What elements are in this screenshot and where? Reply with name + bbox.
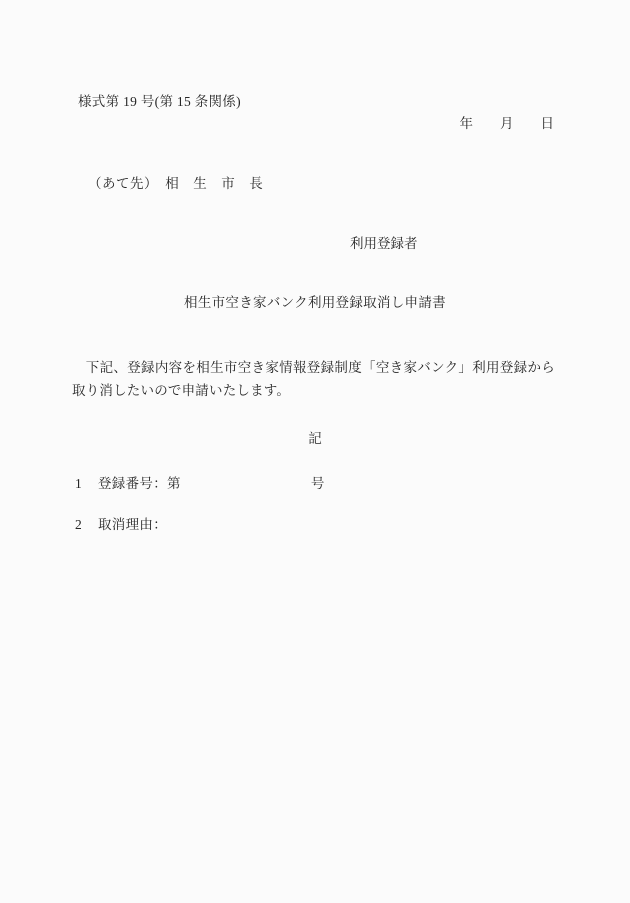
item-registration-number: 1登録番号：第号: [75, 474, 325, 494]
registration-number-label: 登録番号：: [98, 476, 167, 491]
item-number: 2: [75, 515, 98, 535]
addressee-line: （あて先） 相 生 市 長: [88, 174, 263, 194]
body-paragraph: 下記、登録内容を相生市空き家情報登録制度「空き家バンク」利用登録から取り消したい…: [72, 356, 555, 402]
registrant-label: 利用登録者: [350, 234, 418, 254]
form-number-line: 様式第 19 号(第 15 条関係): [78, 92, 241, 112]
item-number: 1: [75, 474, 98, 494]
document-page: 様式第 19 号(第 15 条関係) 年 月 日 （あて先） 相 生 市 長 利…: [0, 0, 630, 903]
cancellation-reason-label: 取消理由：: [98, 517, 167, 532]
record-heading: 記: [0, 429, 630, 449]
registration-number-prefix: 第: [167, 476, 181, 491]
registration-number-suffix: 号: [311, 476, 325, 491]
document-title: 相生市空き家バンク利用登録取消し申請書: [0, 293, 630, 313]
registration-number-blank: [181, 474, 311, 488]
item-cancellation-reason: 2取消理由：: [75, 515, 167, 535]
date-line: 年 月 日: [460, 114, 555, 134]
